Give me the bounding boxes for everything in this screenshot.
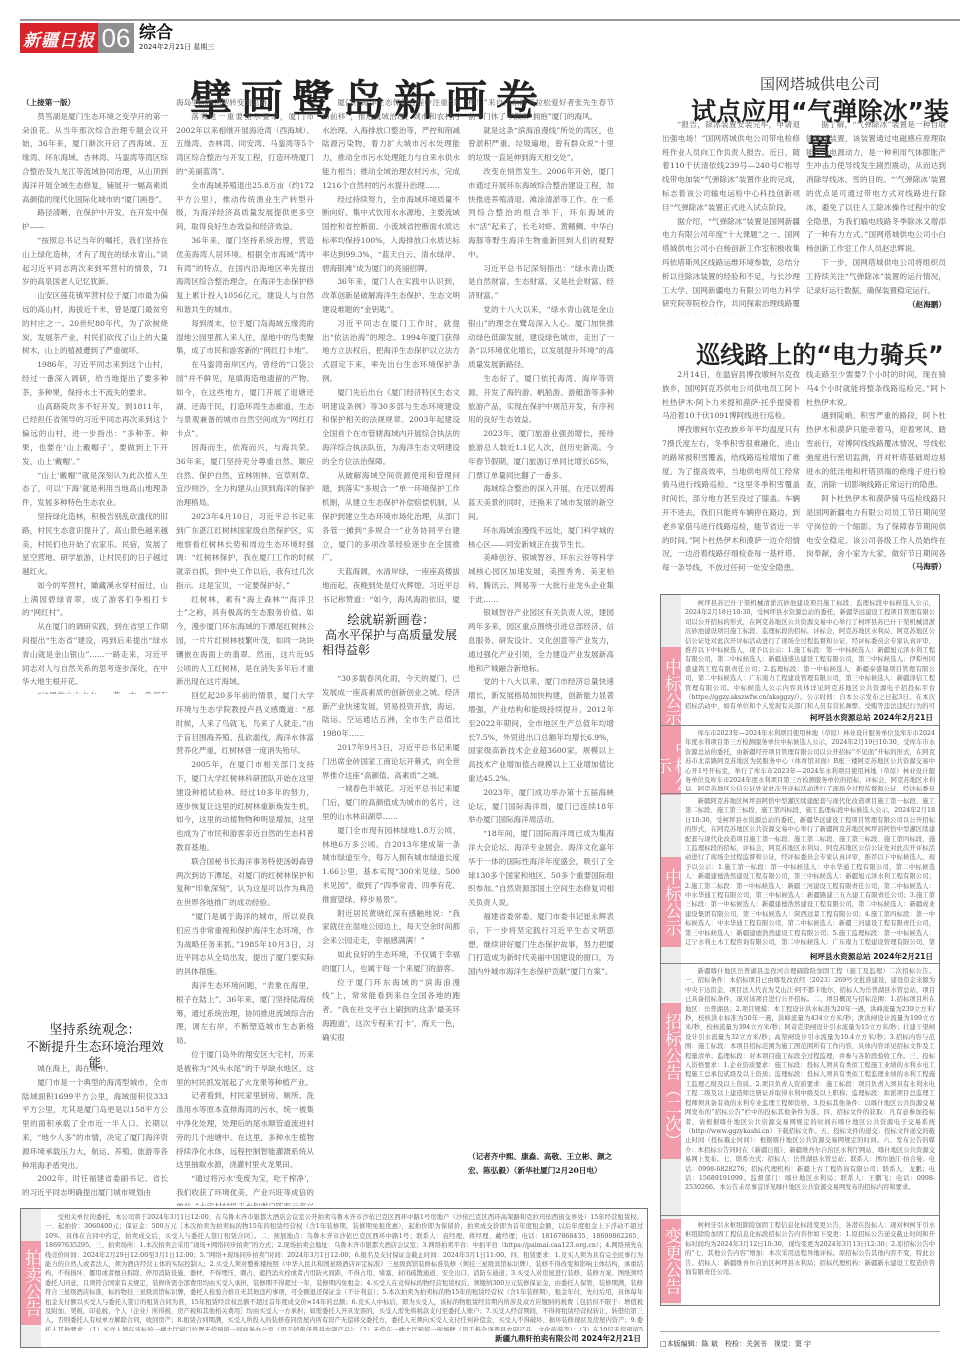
paragraph: 记者看到，村民家里厨房、厕所、洗涤用水等原本直排海湾的污水，统一被集中净化处理，… bbox=[176, 1089, 314, 1172]
notice-label: 招标公告（二次） bbox=[661, 1003, 681, 1159]
notice-divider bbox=[661, 793, 939, 794]
notice-body: 柯坪县苏巴什干渠机械清淤沉砂池建设项目施工标段、监理标段中标候选人公示，2024… bbox=[685, 599, 935, 711]
notice-box-right: 中标公示 柯坪县苏巴什干渠机械清淤沉砂池建设项目施工标段、监理标段中标候选人公示… bbox=[660, 594, 940, 1306]
paragraph: 1986年，习近平同志来到这个山村，经过一番深入调研，给当地提出了要多种茶，多种… bbox=[22, 358, 168, 399]
paragraph: 如今的军营村，瞰藏溪水穿村而过，山上满园碧绿青翠，成了游客们争相打卡的“网红村”… bbox=[22, 579, 168, 620]
paragraph: 银城智谷产业园区有关负责人说，建园两年多来，园区重点围绕引进总部经济、信息服务、… bbox=[468, 606, 614, 675]
top-rule bbox=[20, 19, 960, 21]
paragraph: 天蓝海阔，水清岸绿，一座座高楼拔地而起，夜晚到处是灯火辉煌。习近平总书记称赞道：… bbox=[322, 565, 460, 608]
paragraph: 回忆起20多年前的情景，厦门大学环境与生态学院教授卢昌义感慨道：“那时候，人来了… bbox=[176, 689, 314, 758]
notice-signature: 新疆九鼎轩拍卖有限公司 2024年2月21日 bbox=[495, 1333, 641, 1344]
paragraph: 联合国秘书长海洋事务特使汤姆森曾两次到访下潭尾，对厦门的红树林保护和复种“印象深… bbox=[176, 855, 314, 910]
subhead2-line1: 绘就崭新画卷： bbox=[322, 612, 460, 628]
page-number: 06 bbox=[98, 23, 134, 53]
paragraph: 山高路陡坎多不好开发。到1811年，已经担任省领导的习近平同志再次来到这个偏远的… bbox=[22, 400, 168, 469]
paragraph: 阿卜杜热伊木和漠萨骑马巡检线路只是国网新疆电力有限公司员工节日期间坚守岗位的一个… bbox=[806, 492, 946, 560]
paragraph: 改变在悄然发生。2006年开始，厦门市通过开展环东海域综合整治建设工程，加快推进… bbox=[468, 165, 614, 262]
paragraph: 落实这一重要指示要求，厦门市2002年以来相继开展海沧湾（西海域）、五缘湾、杏林… bbox=[176, 110, 314, 179]
paragraph: “30多载春风化雨，今天的厦门，已发展成一座高素质的创新创业之城。经济新产业快速… bbox=[322, 672, 460, 741]
paragraph: 据介绍，“气弹除冰”装置是国网新疆电力有限公司年度“十大课题”之一。国网塔城供电… bbox=[662, 215, 800, 314]
paragraph: “厦门是属于海洋的城市，所以说我们应当非常重视和保护海洋生态环境，作为战略任务来… bbox=[176, 910, 314, 979]
notice-text: 新疆喀什地区岳普湖县盖孜河合理阔除险加固工程（施工及监理）二次招标公告。一、招标… bbox=[685, 967, 935, 1211]
notice-text: 受相关单位的委托，本公司将于2024年3月1日12:00，在乌鲁木齐市银都大酒店… bbox=[45, 1213, 643, 1331]
article1-kicker: 国网塔城供电公司 bbox=[690, 73, 950, 94]
paragraph: 环东海域浪漫线不远处，厦门科学城的核心区——同安新城正在拔节生长。 bbox=[468, 524, 614, 552]
main-article-col4: 棒！”来自山东的马拉松爱好者张先生春节前专门休了年假来“拥抱”厦门的海风。就是这… bbox=[468, 96, 614, 1156]
paragraph: 2月14日，在温宿县博孜墩柯尔克孜族乡，国网阿克苏供电公司供电员工阿卜杜热伊木·… bbox=[662, 368, 800, 423]
paragraph: 海域综合整治的深入开展，在还以碧海蓝天美景的同时，还换来了城市发展的新空间。 bbox=[468, 482, 614, 523]
paragraph: 位于厦门岛外的翔安区大宅村，历来是被称为“风头水尾”的干旱缺水地区。这里的村民抓… bbox=[176, 1048, 314, 1089]
paragraph: 据了解，“气弹除冰”装置是一种自取能除冰装置，该装置通过电磁感应原理取能作为电源… bbox=[806, 118, 946, 256]
paragraph: 一城春色半城花。习近平总书记来厦门后，厦门的高颜值成为城市的名片，这里的山水林田… bbox=[322, 782, 460, 823]
paragraph: “报告，除冰装置安装完毕，申请退出强电场！”国网塔城供电公司带电检修班作业人员向… bbox=[662, 118, 800, 215]
paragraph: 线走路至少需要7个小时的时间，现在骑马4个小时就能将整条线路巡检完。”阿卜杜热伊… bbox=[806, 368, 946, 409]
subhead2-line3: 相得益彰 bbox=[322, 643, 460, 658]
subhead-line1: 坚持系统观念： bbox=[22, 1023, 168, 1039]
paragraph: 附近居民黄晓红深有感触地说：“我家就住在湿地公园边上，每天空余时间都会来公园走走… bbox=[322, 907, 460, 948]
notice-box-auction: 拍卖公告 受相关单位的委托，本公司将于2024年3月1日12:00，在乌鲁木齐市… bbox=[20, 1208, 648, 1348]
footer-rule bbox=[660, 1331, 940, 1332]
subhead-new-chapter: 绘就崭新画卷： 高水平保护与高质量发展 相得益彰 bbox=[322, 612, 460, 658]
article2-col-left: 2月14日，在温宿县博孜墩柯尔克孜族乡，国网阿克苏供电公司供电员工阿卜杜热伊木·… bbox=[662, 368, 800, 574]
article2-col-right: 线走路至少需要7个小时的时间，现在骑马4个小时就能将整条线路巡检完。”阿卜杜热伊… bbox=[806, 368, 946, 560]
article2-byline: （马海骄） bbox=[806, 560, 946, 574]
paragraph: 2023年，厦门旅游业强劲增长，接待旅游总人数近1.1亿人次，创历史新高。今年春… bbox=[468, 427, 614, 482]
paragraph: 遇到陡峭、积雪严重的路段，阿卜杜热伊木和漠萨只能牵着马，迎着寒风、踏雪前行，对博… bbox=[806, 409, 946, 492]
article1-col-right: 据了解，“气弹除冰”装置是一种自取能除冰装置，该装置通过电磁感应原理取能作为电源… bbox=[806, 118, 946, 298]
notice-body: 库车市2023年—2024年水利项目使用林地（草原）林业设计服务单位及库车市20… bbox=[685, 729, 935, 791]
paragraph: 36年来，厦门坚持系统治理，营造优美海湾人居环境。根据全市海域“湾中有湾”的特点… bbox=[176, 234, 314, 317]
notice-signature: 柯坪县水资源总站 2024年2月21日 bbox=[810, 951, 933, 962]
paragraph: 生态好了，厦门依托海湾、海岸等资源，开发了海钓游、帆船游、游艇游等多种旅游产品，… bbox=[468, 372, 614, 427]
section-name: 综合 bbox=[139, 25, 214, 42]
article1-col-left: “报告，除冰装置安装完毕，申请退出强电场！”国网塔城供电公司带电检修班作业人员向… bbox=[662, 118, 800, 314]
main-article-col1: （上接第一版）筼筜湖是厦门生态环境之变孕开的第一朵浪花。从当年那次综合治理专题会… bbox=[22, 96, 168, 694]
paragraph: （上接第一版） bbox=[22, 96, 168, 110]
paragraph: 从破解海域空间资源使用和管理问题，到落实“多规合一”单一环境保护工作机制，从建立… bbox=[322, 469, 460, 566]
notice-label: 中标公示 bbox=[661, 857, 681, 947]
notice-label: 中标公示 bbox=[661, 735, 681, 795]
notice-divider bbox=[661, 1215, 939, 1216]
paragraph: 36年来，厦门人在实践中认识到，改革创新是破解海洋生态保护、生态文明建设难题的“… bbox=[322, 275, 460, 316]
main-article-col3: 厦门在海洋生态保护过程中注重“关口前移”，推进流域治理、城市和农村污水治理、入海… bbox=[322, 96, 460, 608]
editor-credits: □本版编辑：陈 斌 校检：关剑书 视觉：窦 宇 bbox=[660, 1339, 811, 1349]
paragraph: 厦门全市现有园林绿地1.8万公顷、林地6万多公顷。自2013年建成第一条城市绿道… bbox=[322, 824, 460, 907]
paragraph: 就是这条“滨海浪漫线”所处的湾区，也曾淤积严重、垃圾遍地，曾有群众说“十里的垃圾… bbox=[468, 124, 614, 165]
paragraph: 美峰创谷、银城智谷、环东云谷等科学城核心园区加速发展，美图秀秀、美亚柏科、腾讯云… bbox=[468, 551, 614, 606]
notice-body: 受相关单位的委托，本公司将于2024年3月1日12:00，在乌鲁木齐市银都大酒店… bbox=[45, 1213, 643, 1331]
main-article-col2: 海岛型向海湾型转变的思路。落实这一重要指示要求，厦门市2002年以来相继开展海沧… bbox=[176, 96, 314, 1206]
paragraph: 从在厦门的调研实践，到在省里工作期间提出“生态省”建设，再到后来提出“绿水青山就… bbox=[22, 620, 168, 689]
notice-label: 变更公告 bbox=[661, 1219, 681, 1303]
notice-text: 柯坪县苏巴什干渠机械清淤沉砂池建设项目施工标段、监理标段中标候选人公示，2024… bbox=[685, 599, 935, 711]
notice-divider bbox=[661, 725, 939, 726]
paragraph: “这里的山山水水、一草一木，我深有感情。离开福建这么多年，我一直关注着福建。在这… bbox=[22, 689, 168, 694]
article1-byline: （赵海鹏） bbox=[806, 298, 946, 312]
paragraph: “18年间，厦门国际海洋周已成为集海洋大会论坛、海洋专业展会、海洋文化嘉年华于一… bbox=[468, 827, 614, 910]
notice-text: 新疆阿克苏地区柯坪县阿恰中型灌区续建配套与现代化改造项目施工第一标段、施工第二标… bbox=[685, 797, 935, 949]
paragraph: 2005年，在厦门市相关部门支持下，厦门大学红树林科研团队开始在这里建设种植试验… bbox=[176, 758, 314, 855]
paragraph: 因海而生，依海而兴，与海共荣。36年来，厦门坚持充分尊重自然、顺应自然、保护自然… bbox=[176, 441, 314, 510]
notice-text: 库车市2023年—2024年水利项目使用林地（草原）林业设计服务单位及库车市20… bbox=[685, 729, 935, 791]
section-block: 综合 2024年2月21日 星期三 bbox=[139, 25, 214, 51]
notice-divider bbox=[661, 963, 939, 964]
paragraph: 红树林，素有“海上森林”“海洋卫士”之称，具有极高的生态服务价值。如今，漫步厦门… bbox=[176, 593, 314, 690]
notice-label: 中标公示 bbox=[661, 647, 681, 737]
paragraph: 城在海上，海在城中。 bbox=[22, 1062, 168, 1076]
paragraph: 每到周末，位于厦门岛海域五缘湾的湿地公园里都人来人往，湿地中的鸟类聚集，成了市民… bbox=[176, 317, 314, 358]
paragraph: 筼筜湖是厦门生态环境之变孕开的第一朵浪花。从当年那次综合治理专题会议开始，36年… bbox=[22, 110, 168, 207]
paragraph: 福建省委常委、厦门市委书记崔永辉表示，下一步将坚定践行习近平生态文明思想，继续讲… bbox=[468, 910, 614, 979]
paragraph: 习近平总书记深刻指出：“绿水青山既是自然财富、生态财富，又是社会财富、经济财富。… bbox=[468, 262, 614, 303]
paragraph: 习近平同志在厦门工作时，就提出“依法治海”的理念。1994年厦门获得地方立法权后… bbox=[322, 317, 460, 386]
paragraph: 海洋生态环境问题，“表象在海里，根子在陆上”。36年来，厦门坚持陆海统筹，通过系… bbox=[176, 979, 314, 1048]
paragraph: “按照总书记当年的嘱托，我们坚持在山上绿化造林，才有了现在的绿水青山。”谈起习近… bbox=[22, 234, 168, 289]
notice-text: 柯柯牙引水枢纽除险加固工程信息化标段变更公告，各潜在投标人：现对柯柯牙引水枢纽除… bbox=[685, 1221, 935, 1303]
notice-label: 拍卖公告 bbox=[21, 1241, 41, 1325]
notice-body: 新疆阿克苏地区柯坪县阿恰中型灌区续建配套与现代化改造项目施工第一标段、施工第二标… bbox=[685, 797, 935, 949]
paragraph: 路径清晰，在保护中开发，在开发中保护—— bbox=[22, 206, 168, 234]
main-article-byline: （记者齐中熙、康淼、高敬、王立彬、颜之宏、陈弘毅）（新华社厦门2月20日电） bbox=[468, 1150, 614, 1190]
paragraph: 全市海域养殖退出25.8万亩（约172平方公里），推动传统渔业生产转型升级，为海… bbox=[176, 179, 314, 234]
paragraph: 2023年4月10日，习近平总书记来到广东湛江红树林国家级自然保护区，实地察看红… bbox=[176, 510, 314, 593]
notice-signature: 柯坪县水资源总站 2024年2月21日 bbox=[810, 712, 933, 723]
paragraph: 厦门在海洋生态保护过程中注重“关口前移”，推进流域治理、城市和农村污水治理、入海… bbox=[322, 96, 460, 193]
paragraph: 2002年，时任福建省委副书记、省长的习近平同志明确提出厦门城市规划由 bbox=[22, 1172, 168, 1200]
main-article-col3b: “30多载春风化雨，今天的厦门，已发展成一座高素质的创新创业之城。经济新产业快速… bbox=[322, 672, 460, 1206]
paragraph: 厦门先后出台《厦门经济特区生态文明建设条例》等30多部与生态环境建设和保护相关的… bbox=[322, 386, 460, 469]
paragraph: 博孜墩柯尔克孜族乡年平均温度只有7摄氏度左右，冬季积雪很难融化，进山的路常被积雪… bbox=[662, 423, 800, 574]
article2-title: 巡线路上的“电力骑兵” bbox=[690, 335, 950, 370]
paragraph: “通过将污水‘变废为宝，吃干榨净’，我们收获了环境优美、产业兴旺等成倍的效益。”… bbox=[176, 1172, 314, 1206]
paragraph: 在马銮湾南岸区内，曾经的“口袋公园”并不鲜见，是填海造地遗留的产物。如今，在这些… bbox=[176, 358, 314, 441]
notice-body: 新疆喀什地区岳普湖县盖孜河合理阔除险加固工程（施工及监理）二次招标公告。一、招标… bbox=[685, 967, 935, 1193]
paragraph: 棒！”来自山东的马拉松爱好者张先生春节前专门休了年假来“拥抱”厦门的海风。 bbox=[468, 96, 614, 124]
paragraph: 坚持绿化造林，积极告别乱砍滥伐的旧路，村民生态意识提升了，高山景色越来越美，村民… bbox=[22, 510, 168, 579]
paragraph: 位于厦门环东海域的“滨海浪漫线”上，常常能看到来自全国各地的跑者。“我在社交平台… bbox=[322, 976, 460, 1045]
notice-body: 柯柯牙引水枢纽除险加固工程信息化标段变更公告，各潜在投标人：现对柯柯牙引水枢纽除… bbox=[685, 1221, 935, 1277]
issue-date: 2024年2月21日 星期三 bbox=[139, 44, 214, 51]
paragraph: 2023年，厦门成功举办第十五届海峡论坛，厦门国际海洋周，厦门已连续18年举办厦… bbox=[468, 786, 614, 827]
masthead: 新疆日报 06 综合 2024年2月21日 星期三 bbox=[20, 23, 214, 53]
paragraph: 经过持续努力，全市海域环境质量不断向好。集中式饮用水水源地、主要流域国控和省控断… bbox=[322, 193, 460, 276]
subhead2-line2: 高水平保护与高质量发展 bbox=[322, 628, 460, 643]
paragraph: 下一步，国网塔城供电公司将组织员工持续关注“气弹除冰”装置的运行情况，记录好运行… bbox=[806, 256, 946, 297]
paragraph: 厦门市是一个典型的海湾型城市，全市陆域面积1699平方公里，海域面积仅333平方… bbox=[22, 1076, 168, 1173]
paragraph: “山上‘戴帽’”就是深刻认为此次植入生态了，可以‘下海’就是利用当地高山地理条件… bbox=[22, 469, 168, 510]
paragraph: 党的十八大以来，“绿水青山就是金山银山”的理念在鹭岛深入人心。厦门加快推动绿色低… bbox=[468, 303, 614, 372]
main-article-col1b: 城在海上，海在城中。厦门市是一个典型的海湾型城市，全市陆域面积1699平方公里，… bbox=[22, 1062, 168, 1202]
paragraph: 2017年9月3日，习近平总书记来厦门出席金砖国家工商论坛开幕式，向全世界推介这… bbox=[322, 741, 460, 782]
paragraph: 如此良好的生态环境，不仅属于幸福的厦门人，也属于每一个来厦门的游客。 bbox=[322, 948, 460, 976]
paragraph: 山安区莲花镇军营村位于厦门市最为偏远的高山村，海拔近千米，曾是厦门最贫穷的村庄之… bbox=[22, 289, 168, 358]
newspaper-logo: 新疆日报 bbox=[20, 23, 98, 53]
paragraph: 党的十八大以来，厦门市经济总量快速增长，新发展格局加快构建，创新能力显著增强，产… bbox=[468, 675, 614, 785]
paragraph: 海岛型向海湾型转变的思路。 bbox=[176, 96, 314, 110]
